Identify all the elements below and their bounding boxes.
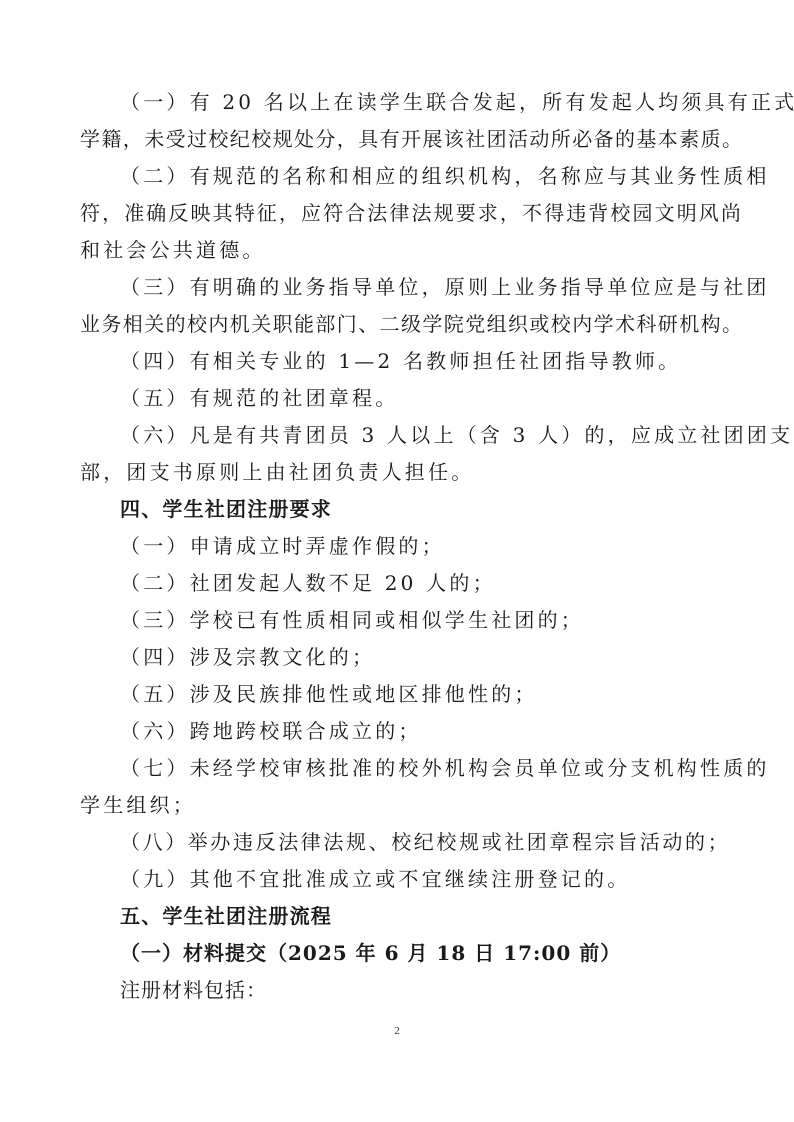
- requirement-item-9: （九）其他不宜批准成立或不宜继续注册登记的。: [80, 861, 716, 898]
- paragraph-line-5: 和社会公共道德。: [80, 232, 716, 269]
- requirement-item-5: （五）涉及民族排他性或地区排他性的；: [80, 676, 716, 713]
- document-page: （一）有 20 名以上在读学生联合发起，所有发起人均须具有正式 学籍，未受过校纪…: [80, 84, 716, 1009]
- requirement-item-1: （一）申请成立时弄虚作假的；: [80, 528, 716, 565]
- requirement-item-7-cont: 学生组织；: [80, 787, 716, 824]
- paragraph-line-4: 符，准确反映其特征，应符合法律法规要求，不得违背校园文明风尚: [80, 195, 716, 232]
- paragraph-materials-intro: 注册材料包括：: [80, 972, 716, 1009]
- requirement-item-3: （三）学校已有性质相同或相似学生社团的；: [80, 602, 716, 639]
- requirement-item-8: （八）举办违反法律法规、校纪校规或社团章程宗旨活动的；: [80, 824, 716, 861]
- paragraph-line-1: （一）有 20 名以上在读学生联合发起，所有发起人均须具有正式: [80, 84, 716, 121]
- paragraph-line-8: （四）有相关专业的 1—2 名教师担任社团指导教师。: [80, 343, 716, 380]
- requirement-item-6: （六）跨地跨校联合成立的；: [80, 713, 716, 750]
- paragraph-line-2: 学籍，未受过校纪校规处分，具有开展该社团活动所必备的基本素质。: [80, 121, 716, 158]
- paragraph-line-6: （三）有明确的业务指导单位，原则上业务指导单位应是与社团: [80, 269, 716, 306]
- paragraph-line-10: （六）凡是有共青团员 3 人以上（含 3 人）的，应成立社团团支: [80, 417, 716, 454]
- requirement-item-4: （四）涉及宗教文化的；: [80, 639, 716, 676]
- paragraph-line-7: 业务相关的校内机关职能部门、二级学院党组织或校内学术科研机构。: [80, 306, 716, 343]
- section-heading-4: 四、学生社团注册要求: [80, 491, 716, 528]
- requirement-item-2: （二）社团发起人数不足 20 人的；: [80, 565, 716, 602]
- subsection-heading-materials: （一）材料提交（2025 年 6 月 18 日 17:00 前）: [80, 935, 716, 972]
- requirement-item-7: （七）未经学校审核批准的校外机构会员单位或分支机构性质的: [80, 750, 716, 787]
- paragraph-line-9: （五）有规范的社团章程。: [80, 380, 716, 417]
- page-number: 2: [0, 1025, 794, 1037]
- paragraph-line-11: 部，团支书原则上由社团负责人担任。: [80, 454, 716, 491]
- paragraph-line-3: （二）有规范的名称和相应的组织机构，名称应与其业务性质相: [80, 158, 716, 195]
- section-heading-5: 五、学生社团注册流程: [80, 898, 716, 935]
